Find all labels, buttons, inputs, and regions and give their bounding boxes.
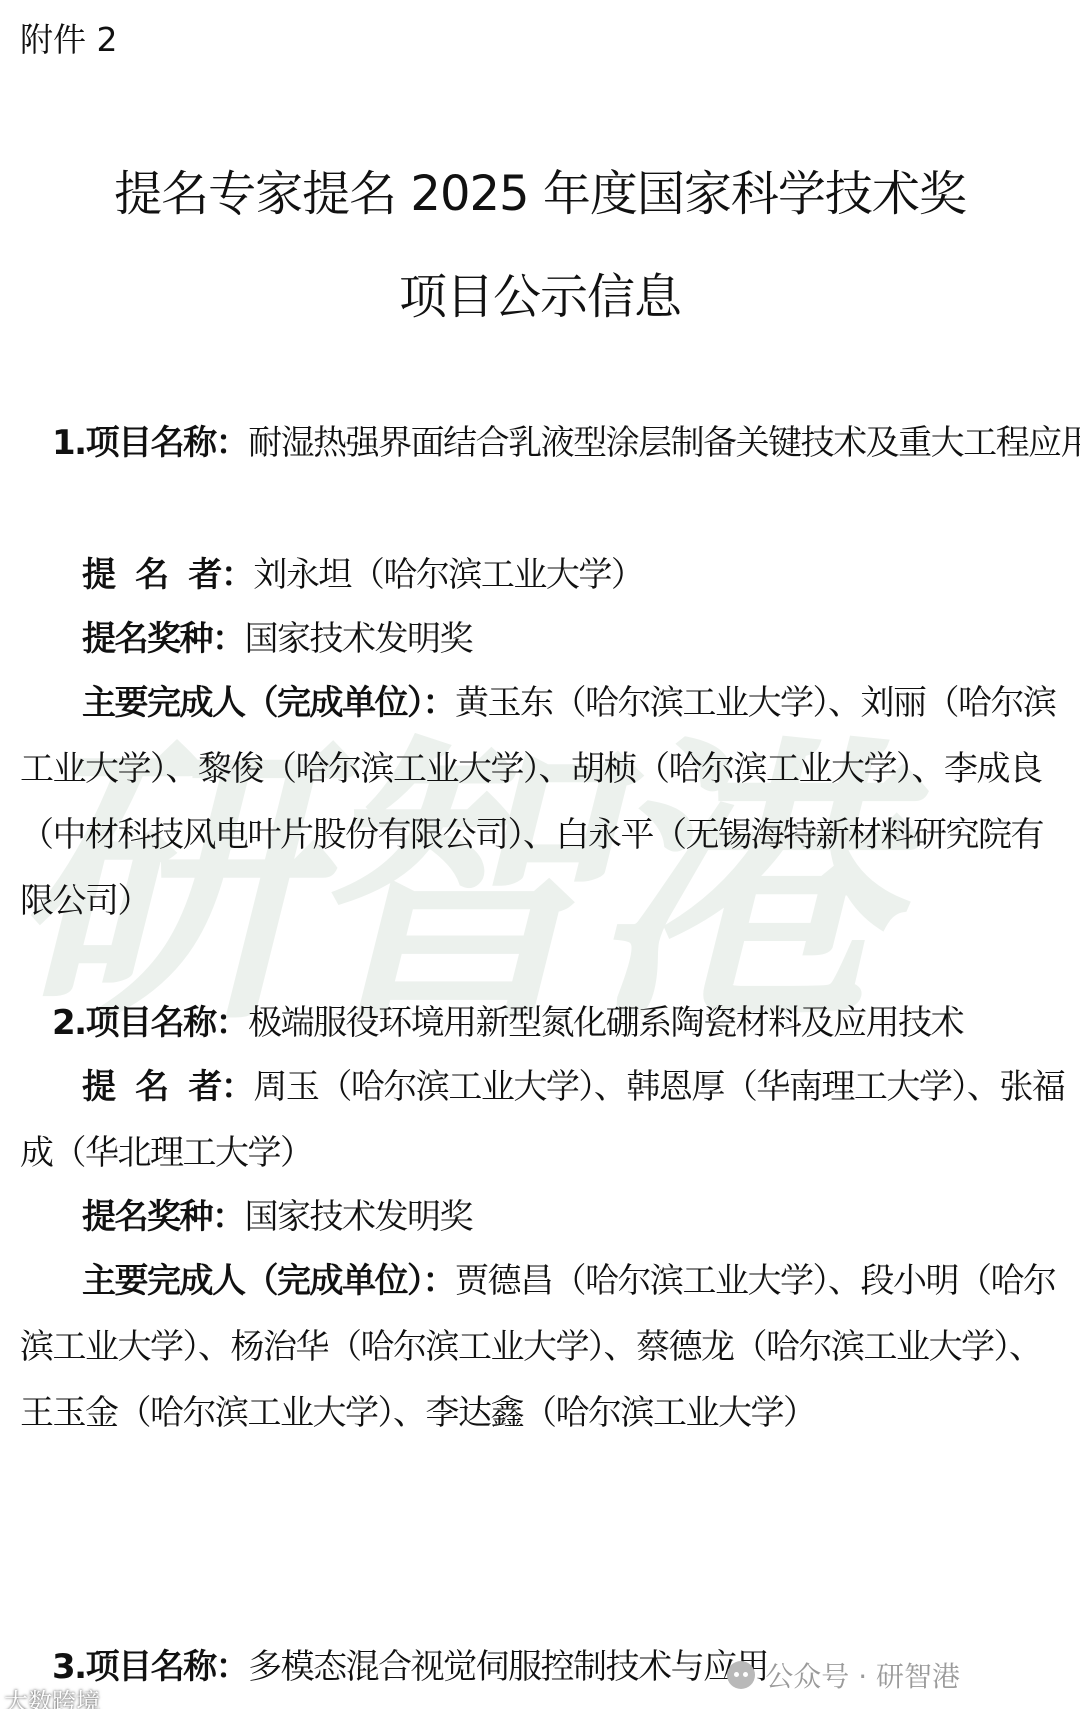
- project-2-contributors: 主要完成人（完成单位）：贾德昌（哈尔滨工业大学）、段小明（哈尔滨工业大学）、杨治…: [20, 1248, 1070, 1446]
- wechat-icon: [727, 1661, 755, 1689]
- page-title: 提名专家提名 2025 年度国家科学技术奖: [0, 155, 1080, 224]
- wechat-account-badge: 公众号 · 研智港: [727, 1655, 960, 1695]
- award-label: 提名奖种：: [82, 1197, 245, 1237]
- corner-watermark-text: 大数跨境: [4, 1688, 100, 1709]
- award-label: 提名奖种：: [82, 619, 245, 659]
- brand-label: 公众号 · 研智港: [765, 1655, 960, 1695]
- project-1-nominator: 提 名 者：刘永坦（哈尔滨工业大学）: [20, 542, 1080, 608]
- project-1-name: 1.项目名称：耐湿热强界面结合乳液型涂层制备关键技术及重大工程应用: [20, 410, 1080, 476]
- project-name-label: 2.项目名称：: [52, 1003, 248, 1043]
- award-value: 国家技术发明奖: [245, 1197, 473, 1237]
- contributors-label: 主要完成人（完成单位）：: [82, 683, 455, 723]
- contributors-label: 主要完成人（完成单位）：: [82, 1261, 455, 1301]
- annex-label: 附件 2: [20, 14, 118, 61]
- project-1-contributors: 主要完成人（完成单位）：黄玉东（哈尔滨工业大学）、刘丽（哈尔滨工业大学）、黎俊（…: [20, 670, 1070, 934]
- award-value: 国家技术发明奖: [245, 619, 473, 659]
- nominator-value: 刘永坦（哈尔滨工业大学）: [253, 555, 643, 595]
- project-name: 极端服役环境用新型氮化硼系陶瓷材料及应用技术: [248, 1003, 963, 1043]
- project-name: 多模态混合视觉伺服控制技术与应用: [248, 1647, 768, 1687]
- project-2-name: 2.项目名称：极端服役环境用新型氮化硼系陶瓷材料及应用技术: [20, 990, 1080, 1056]
- project-1-award: 提名奖种：国家技术发明奖: [20, 606, 1080, 672]
- nominator-label: 提 名 者：: [82, 555, 253, 595]
- page-subtitle: 项目公示信息: [0, 258, 1080, 327]
- project-2-nominator: 提 名 者：周玉（哈尔滨工业大学）、韩恩厚（华南理工大学）、张福成（华北理工大学…: [20, 1054, 1070, 1186]
- project-2-award: 提名奖种：国家技术发明奖: [20, 1184, 1080, 1250]
- project-name: 耐湿热强界面结合乳液型涂层制备关键技术及重大工程应用: [248, 423, 1080, 463]
- project-name-label: 1.项目名称：: [52, 423, 248, 463]
- corner-watermark: 大数跨境: [4, 1682, 100, 1709]
- project-name-label: 3.项目名称：: [52, 1647, 248, 1687]
- nominator-label: 提 名 者：: [82, 1067, 253, 1107]
